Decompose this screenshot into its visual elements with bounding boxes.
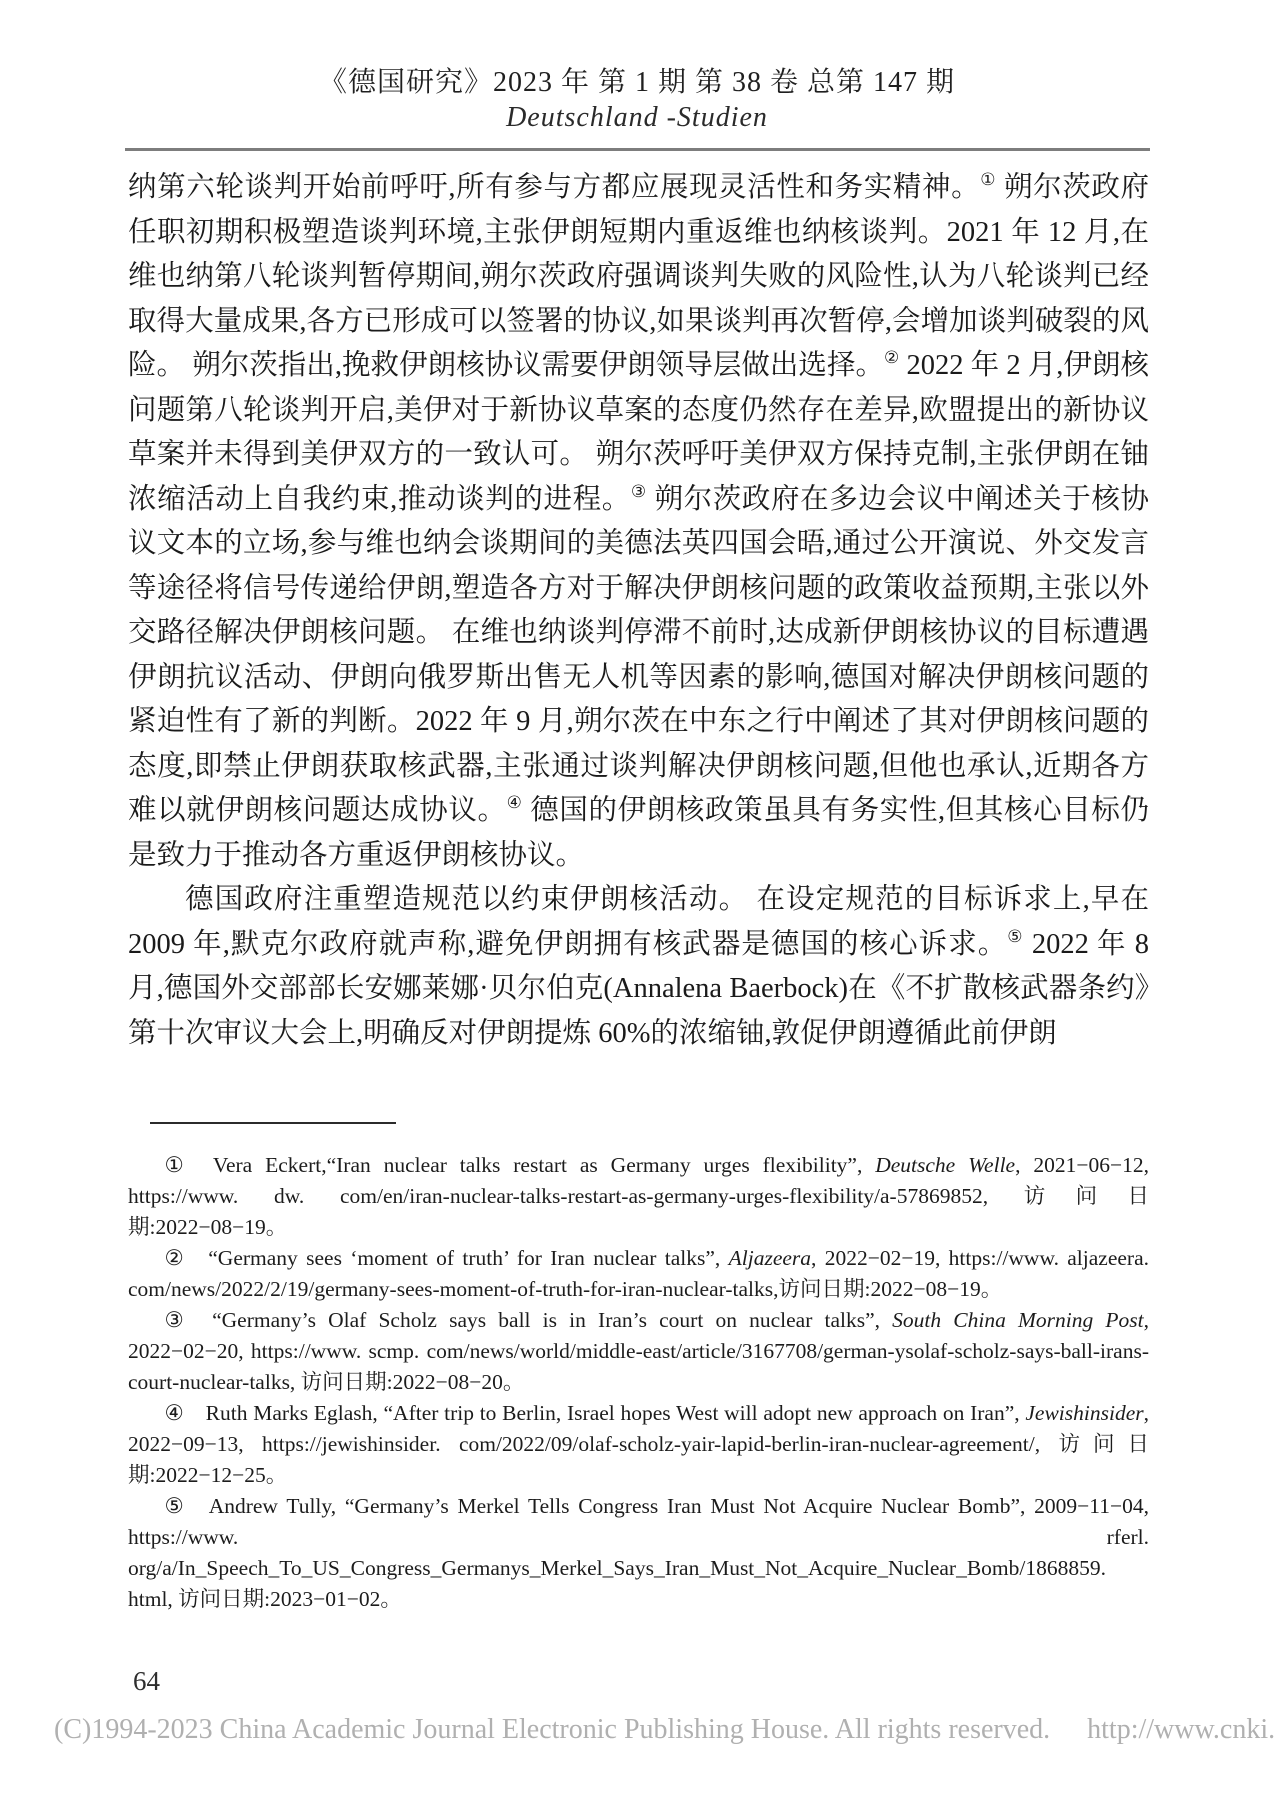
footnotes-section: ① Vera Eckert,“Iran nuclear talks restar… [128,1122,1149,1615]
footnote-2: ② “Germany sees ‘moment of truth’ for Ir… [128,1243,1149,1305]
article-body: 纳第六轮谈判开始前呼吁,所有参与方都应展现灵活性和务实精神。① 朔尔茨政府任职初… [128,166,1149,1056]
footnote-5: ⑤ Andrew Tully, “Germany’s Merkel Tells … [128,1491,1149,1615]
paragraph-2: 德国政府注重塑造规范以约束伊朗核活动。 在设定规范的目标诉求上,早在 2009 … [128,878,1149,1056]
paragraph-1: 纳第六轮谈判开始前呼吁,所有参与方都应展现灵活性和务实精神。① 朔尔茨政府任职初… [128,166,1149,878]
copyright-text: (C)1994-2023 China Academic Journal Elec… [54,1714,1050,1745]
footnote-separator-rule [150,1122,396,1124]
page-number: 64 [133,1666,160,1697]
footnote-3: ③ “Germany’s Olaf Scholz says ball is in… [128,1305,1149,1398]
watermark-url: http://www.cnki. [1087,1714,1274,1745]
header-rule [125,148,1150,151]
document-page: 《德国研究》2023 年 第 1 期 第 38 卷 总第 147 期 Deuts… [0,0,1274,1798]
footnote-1: ① Vera Eckert,“Iran nuclear talks restar… [128,1150,1149,1243]
journal-title-line: 《德国研究》2023 年 第 1 期 第 38 卷 总第 147 期 [0,60,1274,100]
footnote-4: ④ Ruth Marks Eglash, “After trip to Berl… [128,1398,1149,1491]
journal-subtitle: Deutschland -Studien [0,102,1274,134]
watermark-footer: (C)1994-2023 China Academic Journal Elec… [54,1714,1274,1746]
